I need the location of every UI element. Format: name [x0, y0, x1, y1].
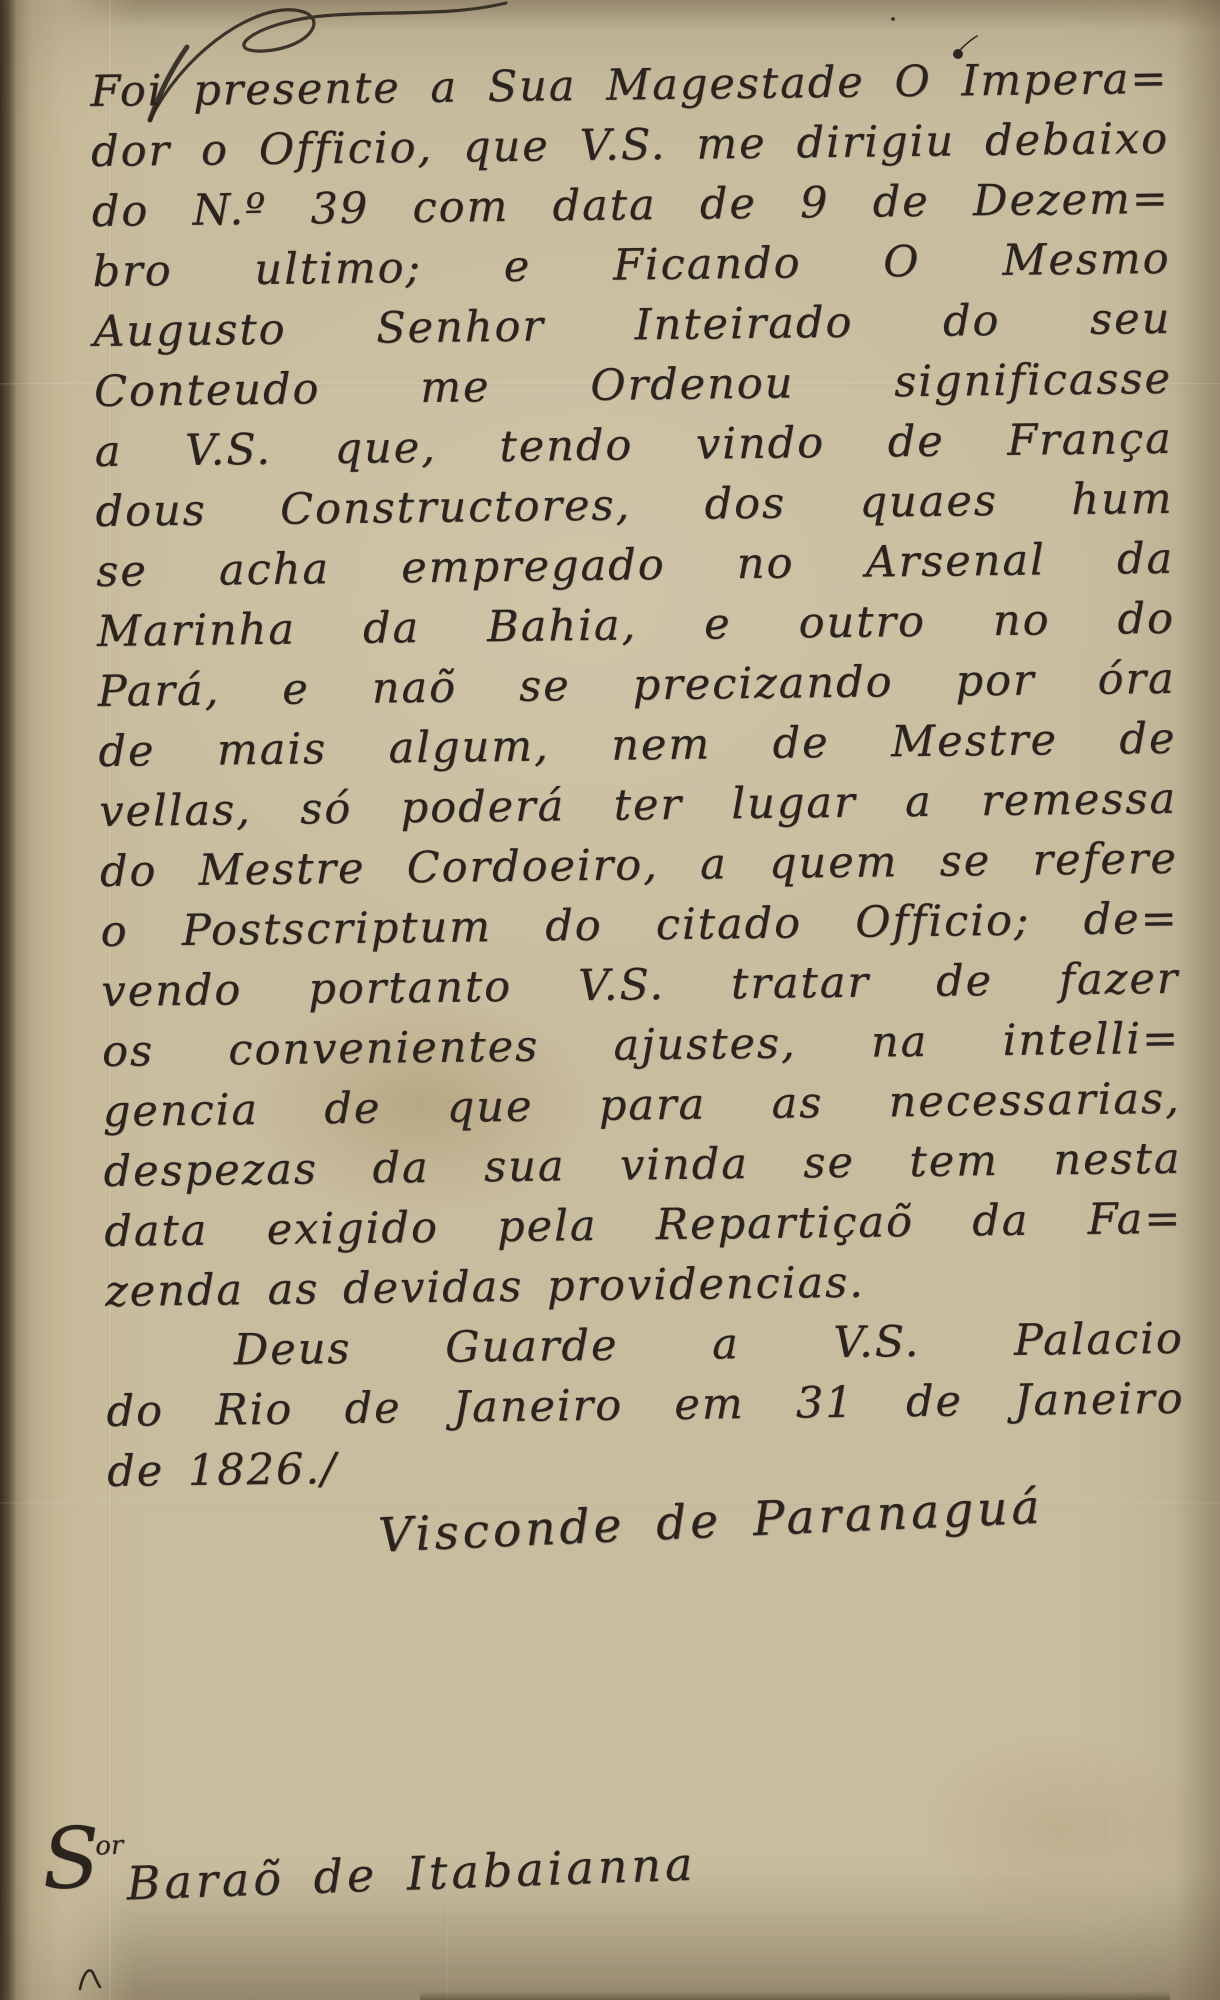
- addressee-superscript: or: [95, 1833, 124, 1860]
- letter-body: Foi presente a Sua Magestade O Impera=do…: [90, 49, 1186, 1502]
- letter-lines: Foi presente a Sua Magestade O Impera=do…: [90, 49, 1183, 1322]
- addressee-initial: S: [41, 1815, 101, 1901]
- next-page-edge: [420, 1991, 1170, 2000]
